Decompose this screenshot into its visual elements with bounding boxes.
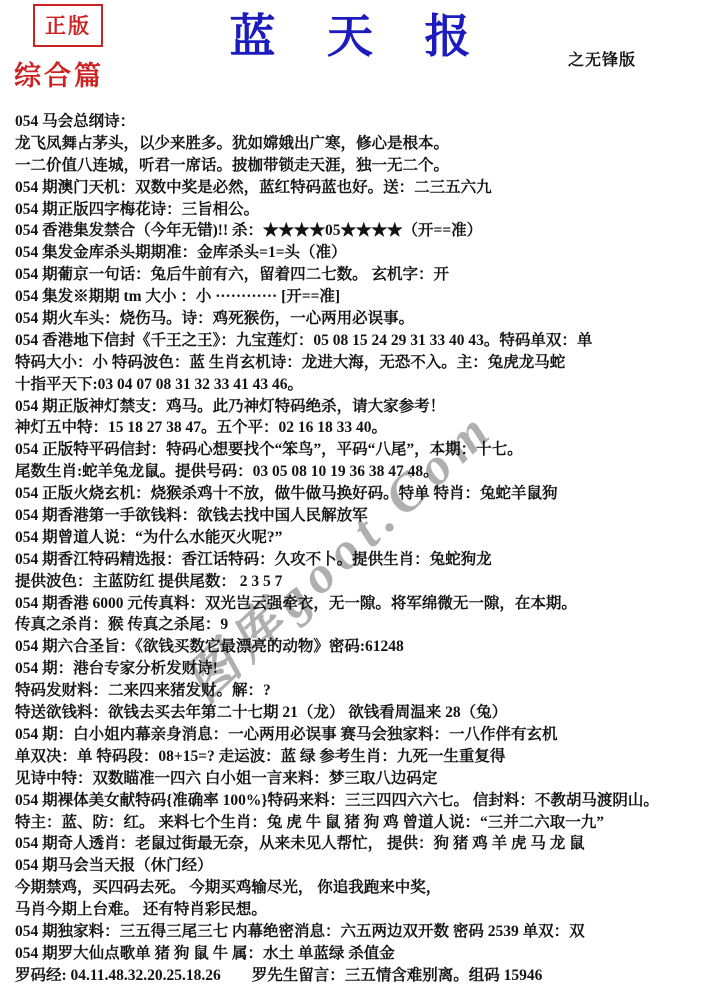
body-line: 054 期香港第一手欲钱料：欲钱去找中国人民解放军 bbox=[15, 505, 721, 527]
body-line: 054 期裸体美女献特码{准确率 100%}特码来料：三三四四六六七。 信封料：… bbox=[15, 790, 721, 812]
body-line: 054 正版特平码信封：特码心想要找个“笨鸟”，平码“八尾”，本期：十七。 bbox=[15, 439, 721, 461]
body-line: 一二价值八连城，听君一席话。披枷带锁走天涯，独一无二个。 bbox=[15, 155, 721, 177]
body-line: 马肖今期上台难。 还有特肖彩民想。 bbox=[15, 899, 721, 921]
body-line: 054 期：白小姐内幕亲身消息：一心两用必误事 赛马会独家料：一八作伴有玄机 bbox=[15, 724, 721, 746]
body-line: 054 期曾道人说：“为什么水能灭火呢?” bbox=[15, 527, 721, 549]
body-line: 罗码经: 04.11.48.32.20.25.18.26 罗先生留言：三五情含难… bbox=[15, 965, 721, 987]
body-line: 尾数生肖:蛇羊兔龙鼠。提供号码：03 05 08 10 19 36 38 47 … bbox=[15, 461, 721, 483]
body-line: 054 集发金库杀头期期准：金库杀头=1=头（准） bbox=[15, 242, 721, 264]
body-line: 054 正版火烧玄机：烧猴杀鸡十不放，做牛做马换好码。特单 特肖：兔蛇羊鼠狗 bbox=[15, 483, 721, 505]
body-line: 神灯五中特：15 18 27 38 47。五个平：02 16 18 33 40。 bbox=[15, 417, 721, 439]
body-line: 054 期罗大仙点歌单 猪 狗 鼠 牛 属：水土 单蓝绿 杀值金 bbox=[15, 943, 721, 965]
body-line: 054 期正版神灯禁支：鸡马。此乃神灯特码绝杀，请大家参考！ bbox=[15, 396, 721, 418]
body-line: 054 期正版四字梅花诗：三旨相公。 bbox=[15, 199, 721, 221]
section-heading: 综合篇 bbox=[14, 54, 104, 93]
genuine-edition-badge: 正版 bbox=[33, 4, 103, 47]
body-line: 单双决：单 特码段：08+15=? 走运波：蓝 绿 参考生肖：九死一生重复得 bbox=[15, 746, 721, 768]
body-line: 特码发财料：二来四来猪发财。解：? bbox=[15, 680, 721, 702]
body-line: 今期禁鸡，买四码去死。 今期买鸡输尽光， 你追我跑来中奖， bbox=[15, 877, 721, 899]
body-line: 054 期奇人透肖：老鼠过街最无奈，从来未见人帮忙， 提供：狗 猪 鸡 羊 虎 … bbox=[15, 833, 721, 855]
body-line: 提供波色：主蓝防红 提供尾数： 2 3 5 7 bbox=[15, 571, 721, 593]
body-line: 054 香港集发禁合（今年无错)!! 杀：★★★★05★★★★（开==准） bbox=[15, 220, 721, 242]
body-line: 特码大小：小 特码波色：蓝 生肖玄机诗：龙进大海，无恐不入。主：兔虎龙马蛇 bbox=[15, 352, 721, 374]
body-line: 054 期香港 6000 元传真料：双光岂云强牵衣，无一隙。将军绵微无一隙，在本… bbox=[15, 593, 721, 615]
body-line: 054 期香江特码精选报：香江话特码：久攻不卜。提供生肖：兔蛇狗龙 bbox=[15, 549, 721, 571]
body-line: 054 期独家料：三五得三尾三七 内幕绝密消息：六五两边双开数 密码 2539 … bbox=[15, 921, 721, 943]
body-line: 054 香港地下信封《千王之王》：九宝莲灯：05 08 15 24 29 31 … bbox=[15, 330, 721, 352]
body-line: 特主：蓝、防：红。 来料七个生肖：兔 虎 牛 鼠 猪 狗 鸡 曾道人说：“三并二… bbox=[15, 812, 721, 834]
edition-label: 之无锋版 bbox=[568, 47, 636, 70]
body-lines: 054 马会总纲诗：龙飞凤舞占茅头，以少来胜多。犹如嫦娥出广寒，修心是根本。一二… bbox=[15, 111, 721, 987]
body-line: 十指平天下:03 04 07 08 31 32 33 41 43 46。 bbox=[15, 374, 721, 396]
newspaper-page: 图库goot.Com 正版 蓝 天 报 之无锋版 综合篇 054 马会总纲诗：龙… bbox=[0, 0, 725, 987]
body-line: 054 期马会当天报（休门经） bbox=[15, 855, 721, 877]
body-line: 054 集发※期期 tm 大小 ：小 ············ [开==准] bbox=[15, 286, 721, 308]
body-line: 龙飞凤舞占茅头，以少来胜多。犹如嫦娥出广寒，修心是根本。 bbox=[15, 133, 721, 155]
body-line: 054 期：港台专家分析发财诗! bbox=[15, 658, 721, 680]
body-line: 054 期葡京一句话：兔后牛前有六，留着四二七数。 玄机字：开 bbox=[15, 264, 721, 286]
body-line: 传真之杀肖：猴 传真之杀尾：9 bbox=[15, 614, 721, 636]
body-line: 054 期火车头：烧伤马。诗：鸡死猴伤，一心两用必误事。 bbox=[15, 308, 721, 330]
body-line: 054 期澳门天机：双数中奖是必然，蓝红特码蓝也好。送：二三五六九 bbox=[15, 177, 721, 199]
body-line: 054 期六合圣旨：《欲钱买数它最漂亮的动物》密码:61248 bbox=[15, 636, 721, 658]
page-title: 蓝 天 报 bbox=[160, 0, 560, 66]
body-line: 见诗中特：双数瞄准一四六 白小姐一言来料：梦三取八边码定 bbox=[15, 768, 721, 790]
body-line: 特送欲钱料：欲钱去买去年第二十七期 21（龙） 欲钱看周温来 28（兔） bbox=[15, 702, 721, 724]
body-line: 054 马会总纲诗： bbox=[15, 111, 721, 133]
